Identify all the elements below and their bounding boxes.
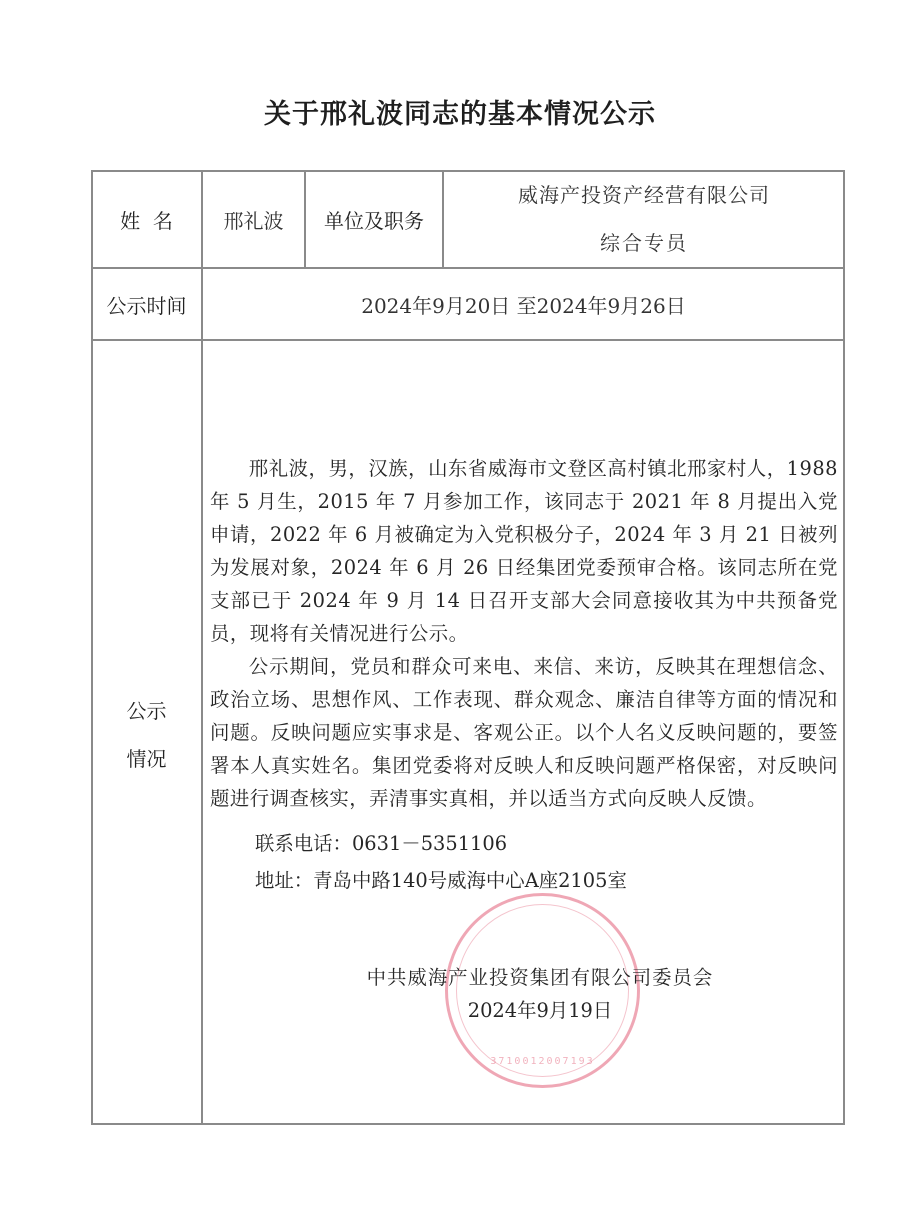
situation-label: 公示 情况	[91, 685, 202, 785]
contact-phone: 联系电话：0631－5351106	[255, 828, 507, 856]
unit-label-text: 单位及职务	[324, 205, 424, 234]
situation-content: 邢礼波，男，汉族，山东省威海市文登区高村镇北邢家村人，1988 年 5 月生，2…	[210, 452, 838, 815]
situation-label-line2: 情况	[127, 735, 167, 783]
paragraph-feedback: 公示期间，党员和群众可来电、来信、来访，反映其在理想信念、政治立场、思想作风、工…	[210, 650, 838, 815]
unit-value: 威海产投资产经营有限公司 综合专员	[443, 170, 845, 268]
signature-date: 2024年9月19日	[330, 995, 750, 1023]
paragraph-background: 邢礼波，男，汉族，山东省威海市文登区高村镇北邢家村人，1988 年 5 月生，2…	[210, 452, 838, 650]
unit-position-text: 综合专员	[600, 219, 688, 267]
name-label: 姓 名	[91, 170, 202, 268]
name-value: 邢礼波	[202, 170, 305, 268]
unit-company-text: 威海产投资产经营有限公司	[518, 171, 770, 219]
unit-label: 单位及职务	[305, 170, 443, 268]
seal-code: 3710012007193	[448, 1056, 637, 1067]
name-value-text: 邢礼波	[224, 205, 284, 234]
situation-label-line1: 公示	[127, 687, 167, 735]
official-seal: 3710012007193	[445, 893, 640, 1088]
document-title: 关于邢礼波同志的基本情况公示	[0, 92, 920, 131]
contact-address: 地址：青岛中路140号威海中心A座2105室	[255, 865, 627, 893]
signature-organization: 中共威海产业投资集团有限公司委员会	[330, 962, 750, 990]
period-value-text: 2024年9月20日 至2024年9月26日	[361, 290, 686, 319]
name-label-text: 姓 名	[120, 205, 173, 234]
seal-inner-ring	[456, 904, 629, 1077]
period-label: 公示时间	[91, 268, 202, 340]
period-label-text: 公示时间	[107, 290, 187, 319]
period-value: 2024年9月20日 至2024年9月26日	[202, 268, 845, 340]
